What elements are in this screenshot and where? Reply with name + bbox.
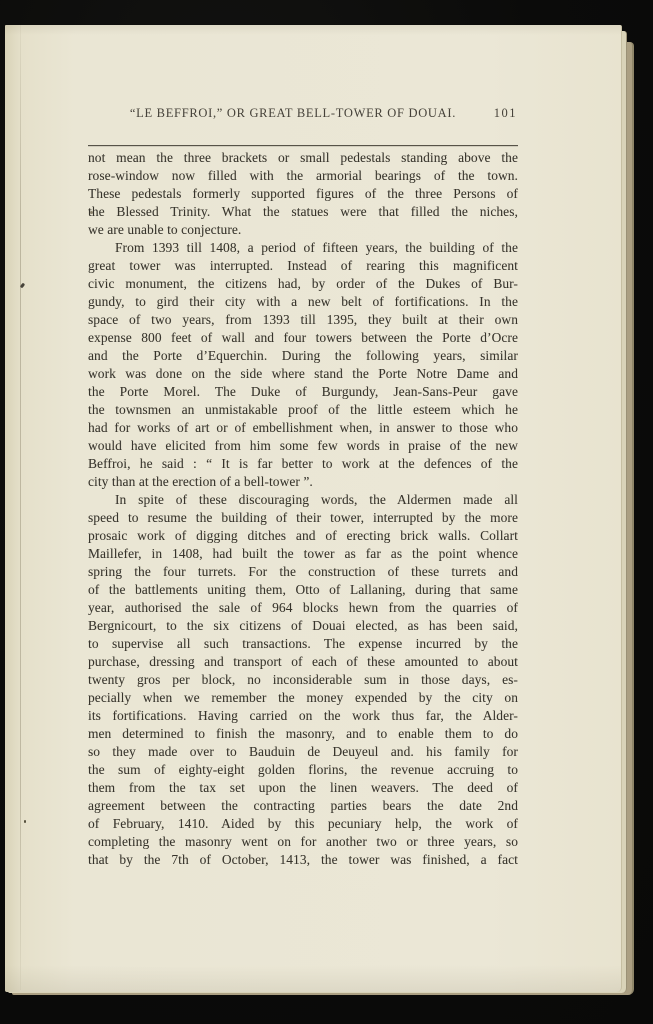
text-line: pecially when we remember the money expe… <box>88 689 518 707</box>
text-line: Maillefer, in 1408, had built the tower … <box>88 545 518 563</box>
text-line: men determined to finish the masonry, an… <box>88 725 518 743</box>
text-line: that by the 7th of October, 1413, the to… <box>88 851 518 869</box>
running-header: “LE BEFFROI,” OR GREAT BELL-TOWER OF DOU… <box>88 106 518 124</box>
text-line: so they made over to Bauduin de Deuyeul … <box>88 743 518 761</box>
text-line: and the Porte d’Equerchin. During the fo… <box>88 347 518 365</box>
text-line: year, authorised the sale of 964 blocks … <box>88 599 518 617</box>
text-line: twenty gros per block, no inconsiderable… <box>88 671 518 689</box>
text-line: the townsmen an unmistakable proof of th… <box>88 401 518 419</box>
binding-crease <box>20 25 21 990</box>
text-line: civic monument, the citizens had, by ord… <box>88 275 518 293</box>
text-line: spring the four turrets. For the constru… <box>88 563 518 581</box>
header-rule <box>88 145 518 146</box>
text-line: Beffroi, he said : “ It is far better to… <box>88 455 518 473</box>
text-line: These pedestals formerly supported figur… <box>88 185 518 203</box>
text-line: the Blessed Trinity. What the statues we… <box>88 203 518 221</box>
text-line: not mean the three brackets or small ped… <box>88 149 518 167</box>
header-title: “LE BEFFROI,” OR GREAT BELL-TOWER OF DOU… <box>130 106 456 121</box>
text-line: its fortifications. Having carried on th… <box>88 707 518 725</box>
text-line: expense 800 feet of wall and four towers… <box>88 329 518 347</box>
text-line: of February, 1410. Aided by this pecunia… <box>88 815 518 833</box>
text-line: would have elicited from him some few wo… <box>88 437 518 455</box>
body-text: not mean the three brackets or small ped… <box>88 149 518 869</box>
text-line: them from the tax set upon the linen wea… <box>88 779 518 797</box>
page-number: 101 <box>494 106 517 121</box>
text-line: speed to resume the building of their to… <box>88 509 518 527</box>
text-line: of the battlements uniting them, Otto of… <box>88 581 518 599</box>
text-line: city than at the erection of a bell-towe… <box>88 473 518 491</box>
text-line: Bergnicourt, to the six citizens of Doua… <box>88 617 518 635</box>
text-line: agreement between the contracting partie… <box>88 797 518 815</box>
text-line: prosaic work of digging ditches and of e… <box>88 527 518 545</box>
text-line: rose-window now filled with the armorial… <box>88 167 518 185</box>
text-line: to supervise all such transactions. The … <box>88 635 518 653</box>
text-line: purchase, dressing and transport of each… <box>88 653 518 671</box>
text-line: the sum of eighty-eight golden florins, … <box>88 761 518 779</box>
scan-speck <box>90 211 93 214</box>
scan-speck <box>24 820 26 823</box>
scanner-background: { "book_page": { "header": { "title": "“… <box>0 0 653 1024</box>
text-line: the Porte Morel. The Duke of Burgundy, J… <box>88 383 518 401</box>
text-line: had for works of art or of embellishment… <box>88 419 518 437</box>
text-line: space of two years, from 1393 till 1395,… <box>88 311 518 329</box>
text-line: work was done on the side where stand th… <box>88 365 518 383</box>
text-line: completing the masonry went on for anoth… <box>88 833 518 851</box>
text-line: From 1393 till 1408, a period of fifteen… <box>88 239 518 257</box>
text-line: gundy, to gird their city with a new bel… <box>88 293 518 311</box>
text-line: In spite of these discouraging words, th… <box>88 491 518 509</box>
text-line: great tower was interrupted. Instead of … <box>88 257 518 275</box>
text-line: we are unable to conjecture. <box>88 221 518 239</box>
